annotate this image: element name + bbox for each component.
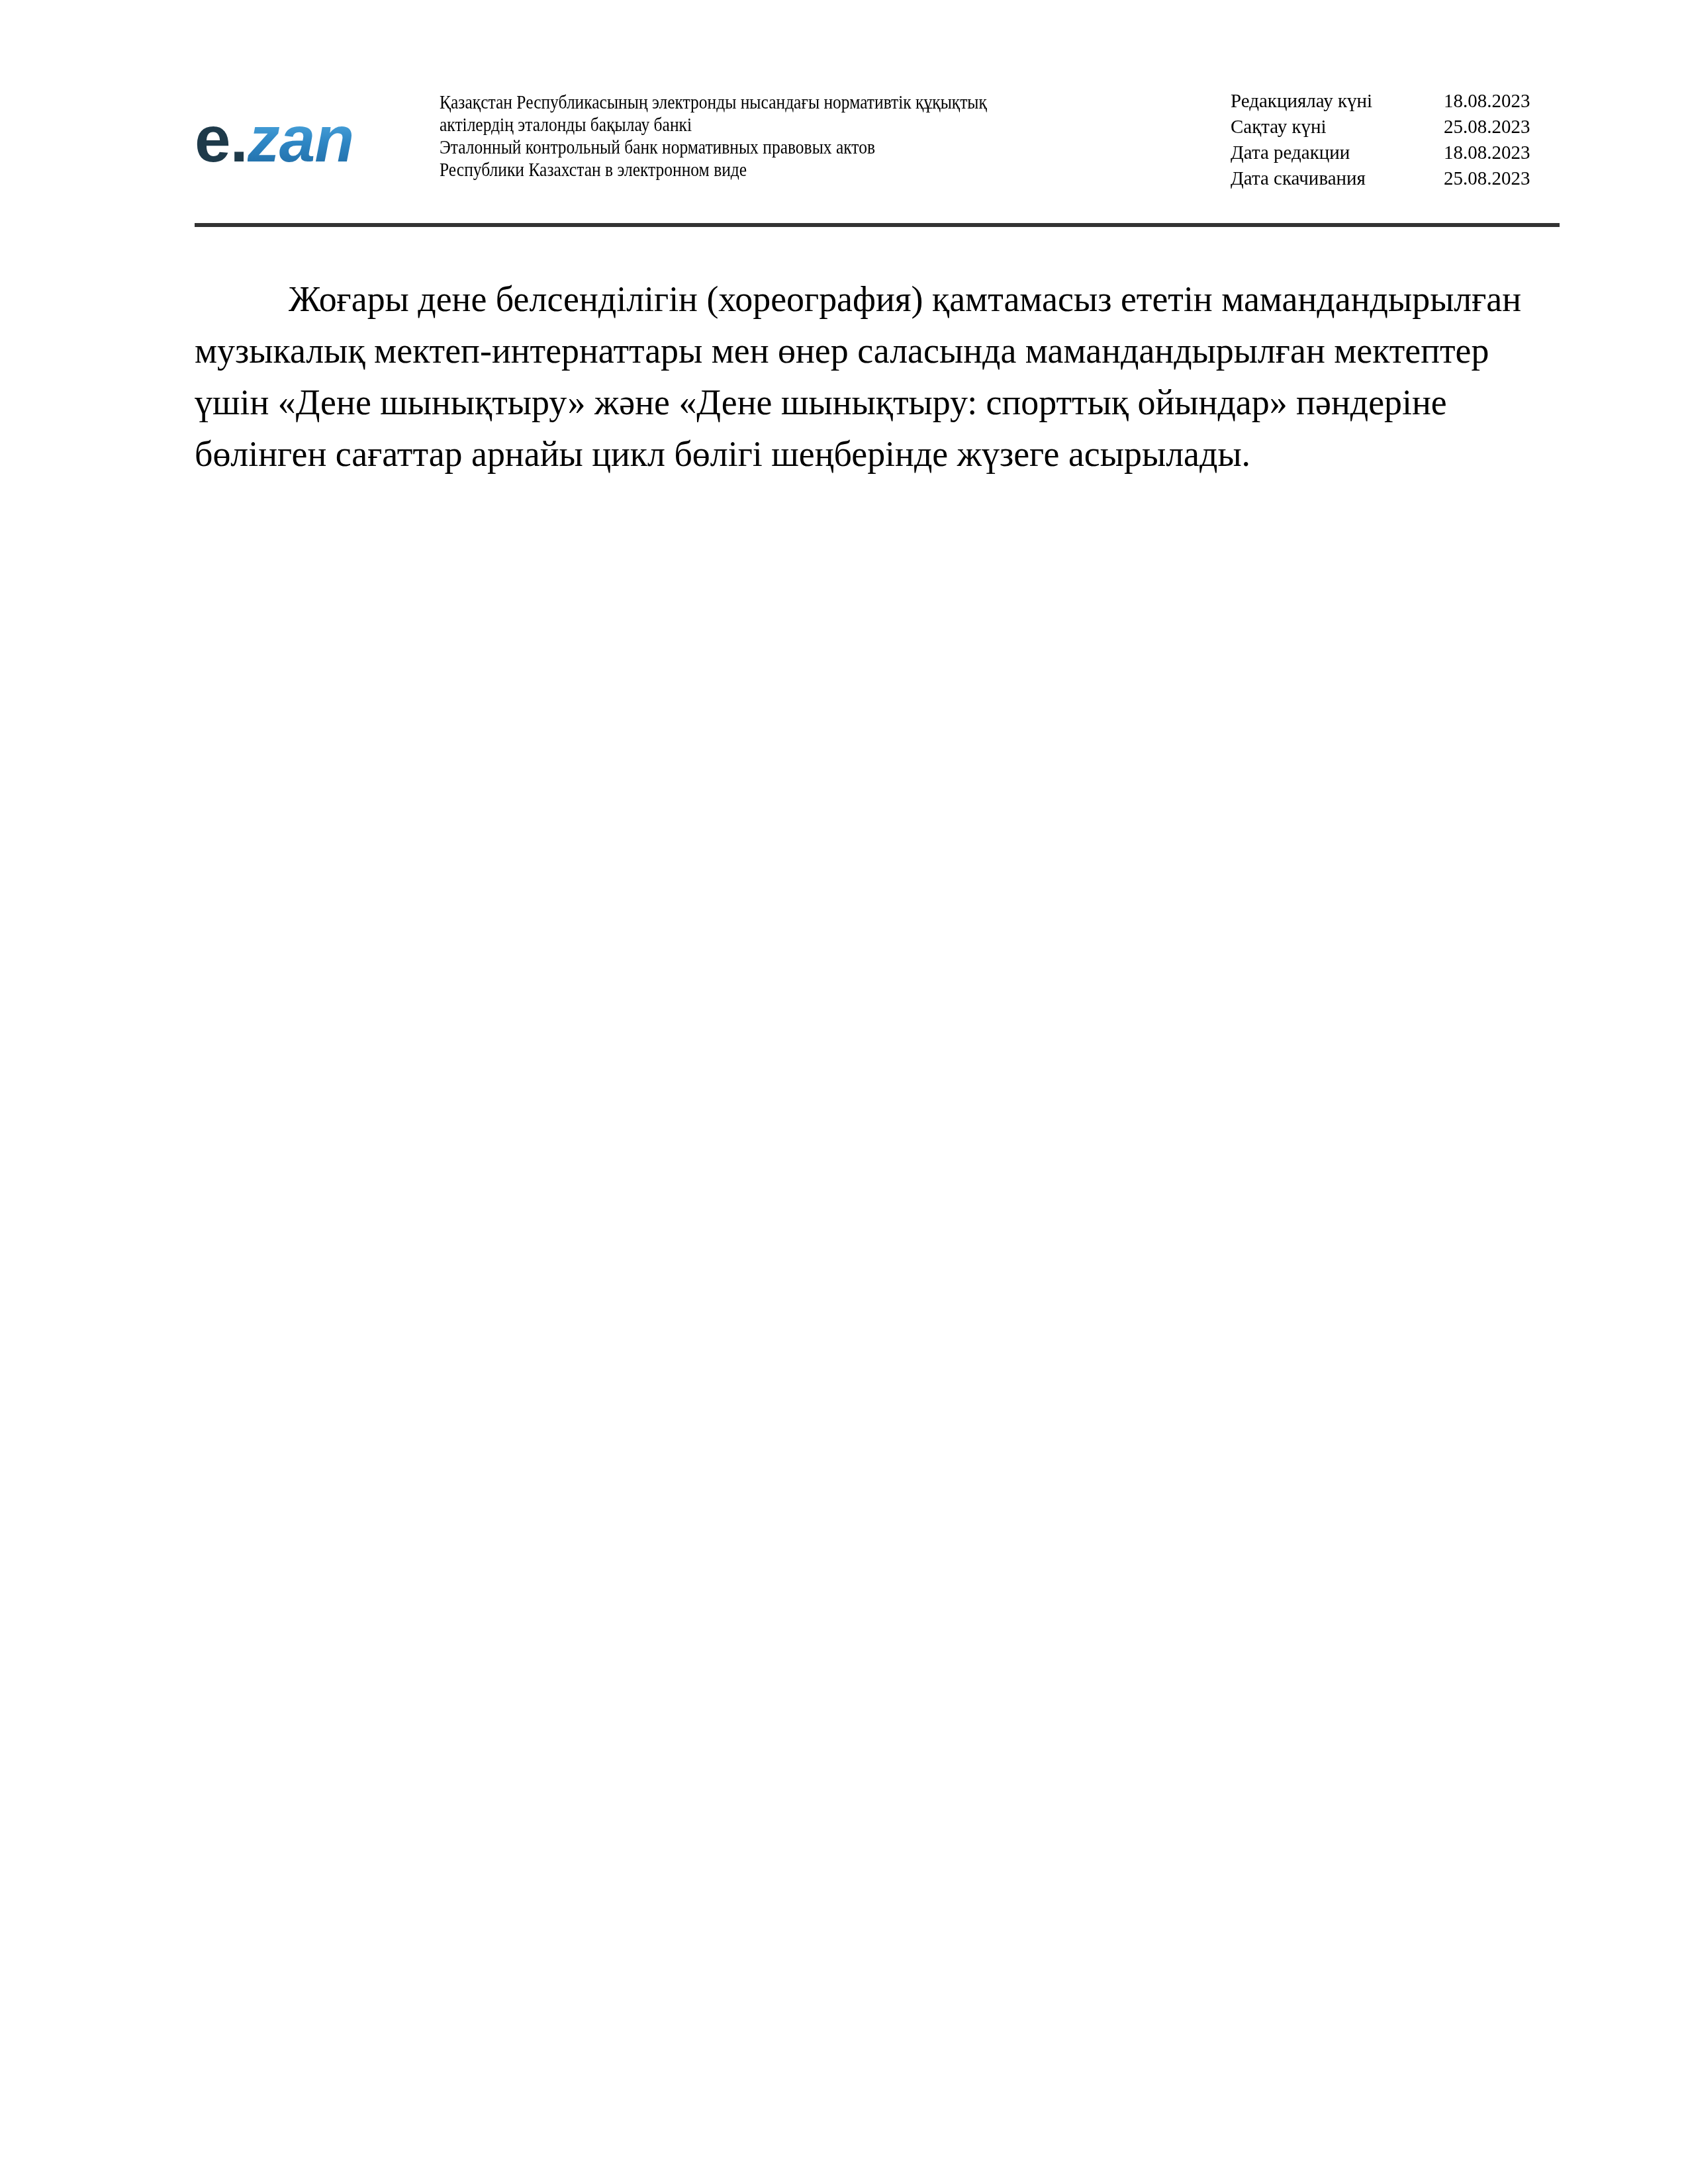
document-body: Жоғары дене белсенділігін (хореография) … [195, 273, 1565, 480]
date-row-edit-kz: Редакциялау күні 18.08.2023 [1231, 89, 1550, 114]
date-value: 25.08.2023 [1444, 166, 1550, 192]
issuer-line-kz-2: актілердің эталонды бақылау банкі [440, 114, 987, 136]
date-value: 25.08.2023 [1444, 114, 1550, 140]
date-label: Редакциялау күні [1231, 89, 1444, 114]
ezan-logo: e.zan [195, 99, 353, 179]
logo-brand: zan [248, 107, 353, 171]
date-value: 18.08.2023 [1444, 140, 1550, 166]
issuer-line-ru-2: Республики Казахстан в электронном виде [440, 159, 987, 181]
issuer-line-kz-1: Қазақстан Республикасының электронды ныс… [440, 91, 987, 114]
body-paragraph: Жоғары дене белсенділігін (хореография) … [195, 273, 1538, 480]
date-row-edit-ru: Дата редакции 18.08.2023 [1231, 140, 1550, 166]
date-value: 18.08.2023 [1444, 89, 1550, 114]
date-row-save-kz: Сақтау күні 25.08.2023 [1231, 114, 1550, 140]
logo-dot: . [230, 107, 248, 171]
issuer-line-ru-1: Эталонный контрольный банк нормативных п… [440, 136, 987, 159]
date-label: Дата редакции [1231, 140, 1444, 166]
document-header: e.zan Қазақстан Республикасының электрон… [195, 86, 1565, 218]
date-row-download-ru: Дата скачивания 25.08.2023 [1231, 166, 1550, 192]
document-page: e.zan Қазақстан Республикасының электрон… [0, 0, 1688, 2184]
header-divider [195, 223, 1560, 227]
document-dates: Редакциялау күні 18.08.2023 Сақтау күні … [1231, 89, 1550, 192]
logo-prefix: e [195, 107, 230, 171]
issuer-description: Қазақстан Республикасының электронды ныс… [440, 91, 987, 181]
date-label: Сақтау күні [1231, 114, 1444, 140]
date-label: Дата скачивания [1231, 166, 1444, 192]
